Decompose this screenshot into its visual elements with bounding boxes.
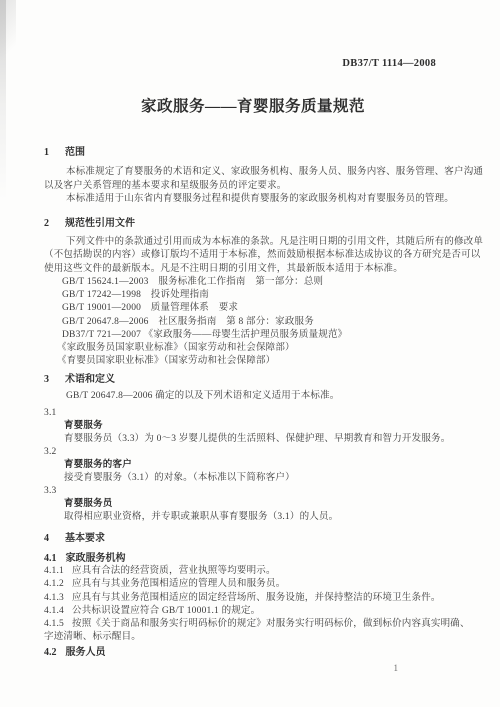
subsection-41-number: 4.1: [44, 553, 57, 565]
term-name: 育婴服务的客户: [44, 459, 462, 472]
term-number: 3.3: [44, 485, 462, 498]
clause-text: 应具有合法的经营资质，营业执照等均要明示。: [72, 566, 276, 576]
section-2-title: 规范性引用文件: [65, 218, 135, 229]
scanned-document-page: DB37/T 1114—2008 家政服务——育婴服务质量规范 1范围 本标准规…: [0, 0, 500, 707]
scan-edge-artifact: [0, 0, 6, 235]
section-1-number: 1: [44, 147, 56, 159]
term-definition: 接受育婴服务（3.1）的对象。（本标准以下简称客户）: [44, 472, 462, 485]
standard-code: DB37/T 1114—2008: [44, 58, 462, 70]
term-definition: 取得相应职业资格，并专职或兼职从事育婴服务（3.1）的人员。: [44, 511, 462, 524]
section-1-heading: 1范围: [44, 147, 462, 159]
clause-line: 4.1.2应具有与其业务范围相适应的管理人员和服务员。: [44, 578, 462, 591]
terms-list: 3.1 育婴服务 育婴服务员（3.3）为 0～3 岁婴儿提供的生活照料、保健护理…: [44, 407, 462, 524]
term-definition: 育婴服务员（3.3）为 0～3 岁婴儿提供的生活照料、保健护理、早期教育和智力开…: [44, 433, 462, 446]
term-number: 3.2: [44, 446, 462, 459]
paragraph-line: 本标准规定了育婴服务的术语和定义、家政服务机构、服务人员、服务内容、服务管理、客…: [44, 166, 462, 180]
subsection-42-title: 服务人员: [66, 647, 106, 658]
subsection-41-title: 家政服务机构: [66, 553, 126, 564]
term-name: 育婴服务: [44, 420, 462, 433]
paragraph-line: 以及客户关系管理的基本要求和星级服务员的评定要求。: [44, 180, 462, 194]
section-3-heading: 3术语和定义: [44, 374, 462, 386]
subsection-41-heading: 4.1家政服务机构: [44, 553, 462, 565]
reference-line: GB/T 20647.8—2006 社区服务指南 第 8 部分：家政服务: [44, 316, 462, 329]
clause-number: 4.1.5: [44, 618, 64, 631]
paragraph-line: 使用这些文件的最新版本。凡是不注明日期的引用文件，其最新版本适用于本标准。: [44, 263, 462, 277]
document-title: 家政服务——育婴服务质量规范: [44, 97, 462, 117]
paragraph-line: 下列文件中的条款通过引用而成为本标准的条款。凡是注明日期的引用文件，其随后所有的…: [44, 236, 462, 250]
clause-line: 4.1.3应具有与其业务范围相适应的固定经营场所、服务设施，并保持整洁的环境卫生…: [44, 592, 462, 605]
terms-intro-line: GB/T 20647.8—2006 确定的以及下列术语和定义适用于本标准。: [44, 390, 462, 404]
clause-line: 4.1.5按照《关于商品和服务实行明码标价的规定》对服务实行明码标价，做到标价内…: [44, 618, 462, 631]
scan-corner-artifact: [0, 0, 16, 70]
paragraph-line: （不包括勘误的内容）或修订版均不适用于本标准，然而鼓励根据本标准达成协议的各方研…: [44, 249, 462, 263]
clause-text: 应具有与其业务范围相适应的管理人员和服务员。: [72, 579, 285, 589]
reference-line: 《家政服务员国家职业标准》（国家劳动和社会保障部）: [44, 342, 462, 355]
clause-continuation-line: 字迹清晰、标示醒目。: [44, 631, 462, 644]
term-name: 育婴服务员: [44, 498, 462, 511]
clause-text: 应具有与其业务范围相适应的固定经营场所、服务设施，并保持整洁的环境卫生条件。: [72, 593, 441, 603]
paragraph-line: 本标准适用于山东省内育婴服务过程和提供育婴服务的家政服务机构对育婴服务员的管理。: [44, 193, 462, 207]
clause-number: 4.1.3: [44, 592, 64, 605]
section-4-heading: 4基本要求: [44, 533, 462, 545]
subsection-42-number: 4.2: [44, 647, 57, 659]
section-3-title: 术语和定义: [65, 374, 115, 385]
section-2-heading: 2规范性引用文件: [44, 218, 462, 230]
page-number: 1: [44, 663, 462, 674]
section-4-title: 基本要求: [65, 533, 105, 544]
clause-number: 4.1.4: [44, 605, 64, 618]
section-4-number: 4: [44, 533, 56, 545]
reference-line: GB/T 17242—1998 投诉处理指南: [44, 289, 462, 302]
section-2-number: 2: [44, 218, 56, 230]
reference-line: GB/T 15624.1—2003 服务标准化工作指南 第一部分：总则: [44, 276, 462, 289]
reference-line: DB37/T 721—2007 《家政服务——母婴生活护理员服务质量规范》: [44, 329, 462, 342]
clause-line: 4.1.4公共标识设置应符合 GB/T 10001.1 的规定。: [44, 605, 462, 618]
clause-number: 4.1.1: [44, 565, 64, 578]
reference-line: GB/T 19001—2000 质量管理体系 要求: [44, 302, 462, 315]
clause-line: 4.1.1应具有合法的经营资质，营业执照等均要明示。: [44, 565, 462, 578]
section-3-number: 3: [44, 374, 56, 386]
term-number: 3.1: [44, 407, 462, 420]
section-1-title: 范围: [65, 147, 85, 158]
clause-text: 按照《关于商品和服务实行明码标价的规定》对服务实行明码标价，做到标价内容真实明确…: [72, 619, 470, 629]
subsection-42-heading: 4.2服务人员: [44, 647, 462, 659]
reference-line: 《育婴员国家职业标准》（国家劳动和社会保障部）: [44, 355, 462, 368]
clause-text: 公共标识设置应符合 GB/T 10001.1 的规定。: [72, 606, 260, 616]
clause-number: 4.1.2: [44, 578, 64, 591]
